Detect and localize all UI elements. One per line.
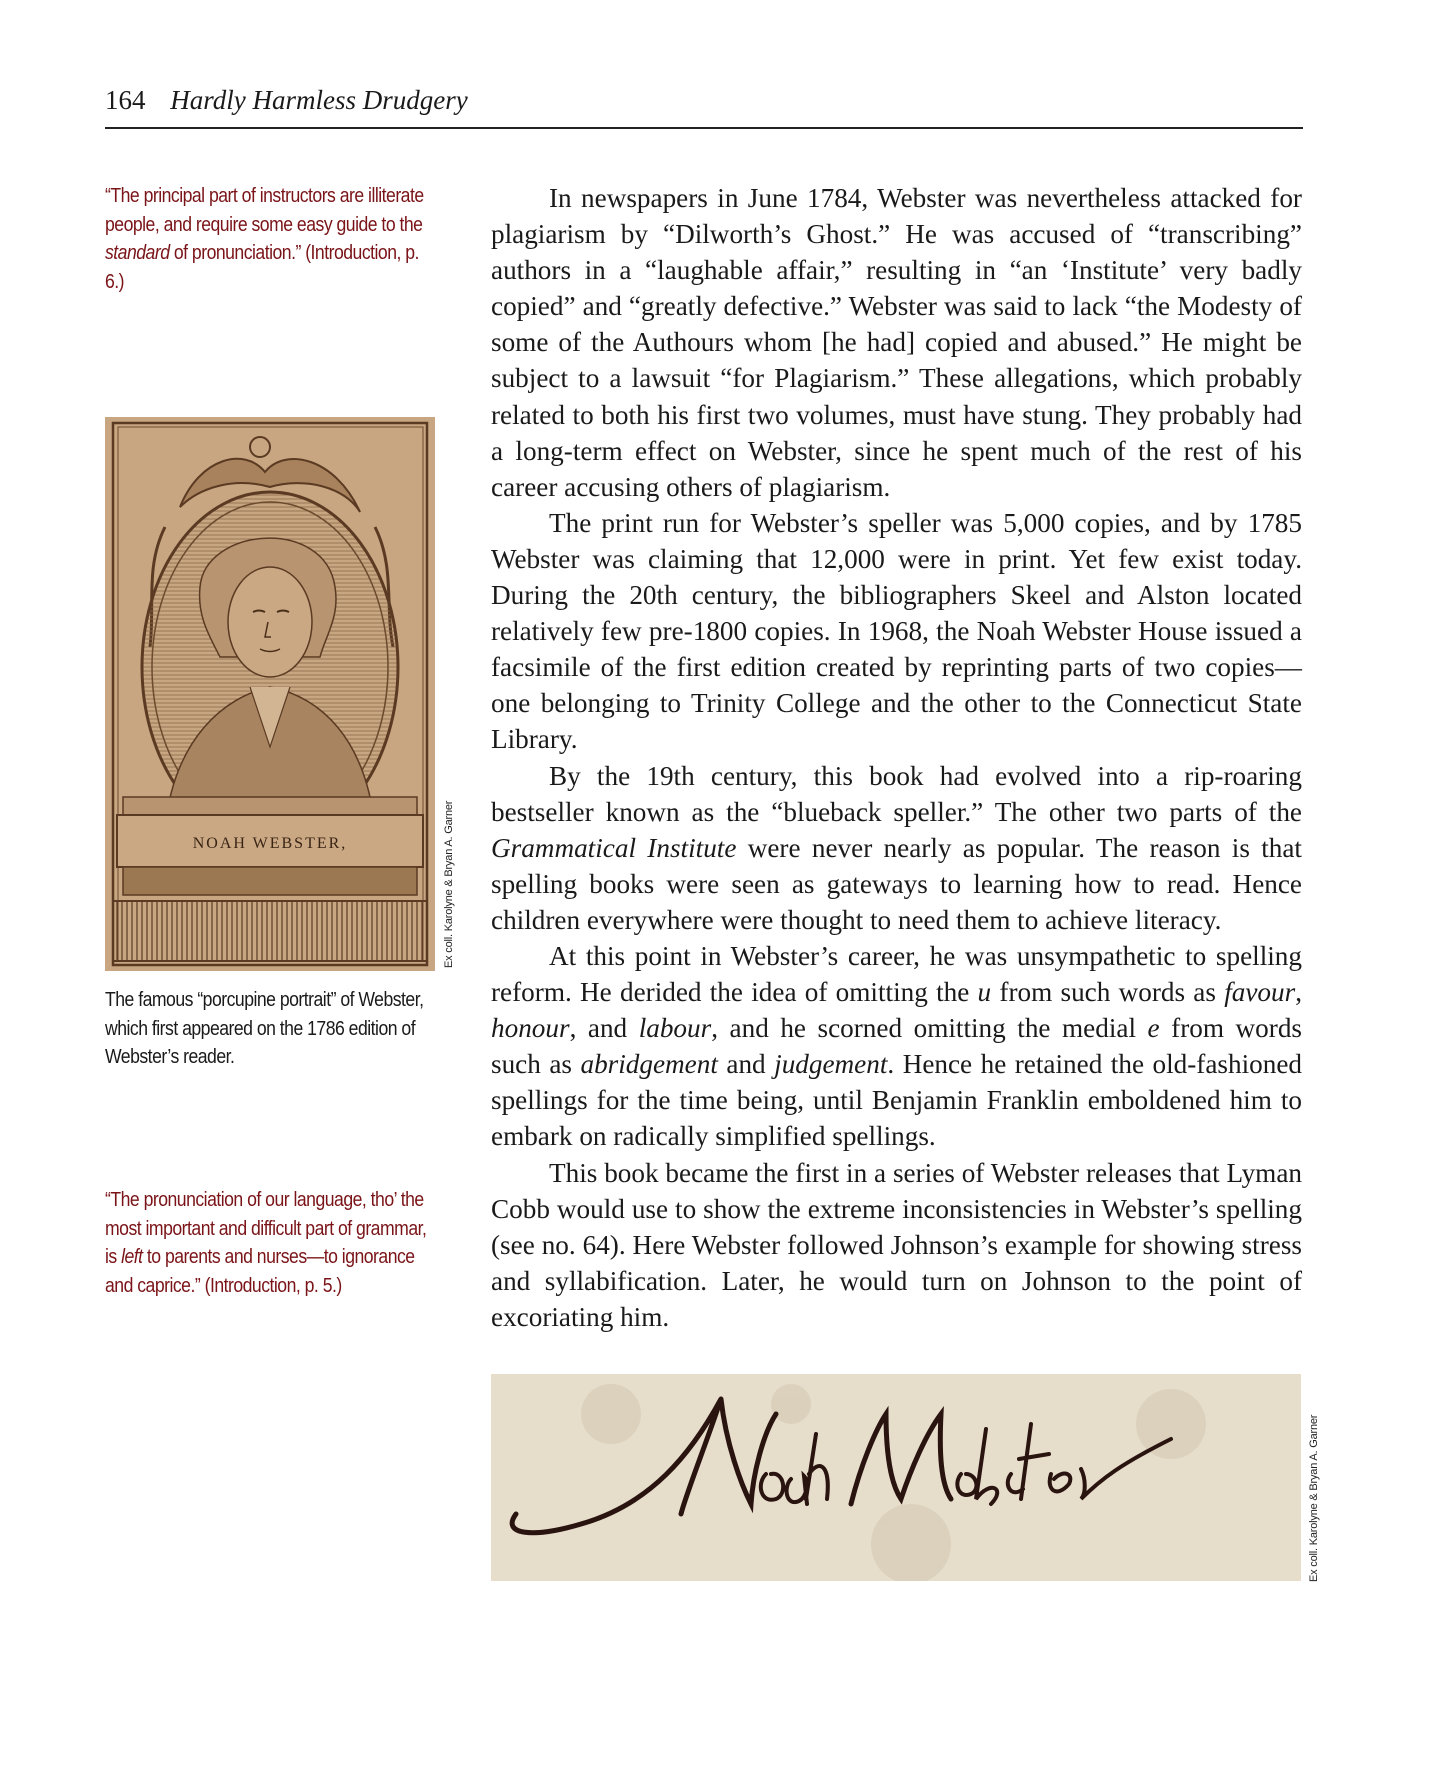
book-title: Hardly Harmless Drudgery: [170, 85, 467, 115]
signature-credit: Ex coll. Karolyne & Bryan A. Garner: [1308, 1415, 1320, 1582]
noah-webster-signature-image: [491, 1374, 1301, 1581]
page-number: 164: [105, 85, 146, 115]
paragraph-4: At this point in Webster’s career, he wa…: [491, 938, 1302, 1155]
header-rule: [105, 127, 1303, 129]
porcupine-portrait-image: NOAH WEBSTER,: [105, 417, 435, 971]
sidebar-quote-top: “The principal part of instructors are i…: [105, 182, 435, 296]
portrait-credit: Ex coll. Karolyne & Bryan A. Garner: [443, 801, 455, 968]
quote-emphasis: left: [121, 1245, 142, 1268]
sidebar-quote-bottom: “The pronunciation of our language, tho’…: [105, 1186, 435, 1300]
quote-text: “The principal part of instructors are i…: [105, 184, 424, 236]
portrait-engraving-illustration: NOAH WEBSTER,: [105, 417, 435, 971]
paragraph-1: In newspapers in June 1784, Webster was …: [491, 180, 1302, 505]
paragraph-3: By the 19th century, this book had evolv…: [491, 758, 1302, 938]
body-text: In newspapers in June 1784, Webster was …: [491, 180, 1302, 1335]
quote-text: to parents and nurses—to ignorance and c…: [105, 1245, 415, 1297]
paragraph-5: This book became the first in a series o…: [491, 1155, 1302, 1335]
portrait-caption: The famous “porcupine portrait” of Webst…: [105, 986, 435, 1072]
signature-illustration: [491, 1374, 1301, 1581]
quote-emphasis: standard: [105, 241, 169, 264]
running-head: 164 Hardly Harmless Drudgery: [105, 82, 1302, 118]
plate-inscription: NOAH WEBSTER,: [193, 835, 348, 852]
paragraph-2: The print run for Webster’s speller was …: [491, 505, 1302, 758]
